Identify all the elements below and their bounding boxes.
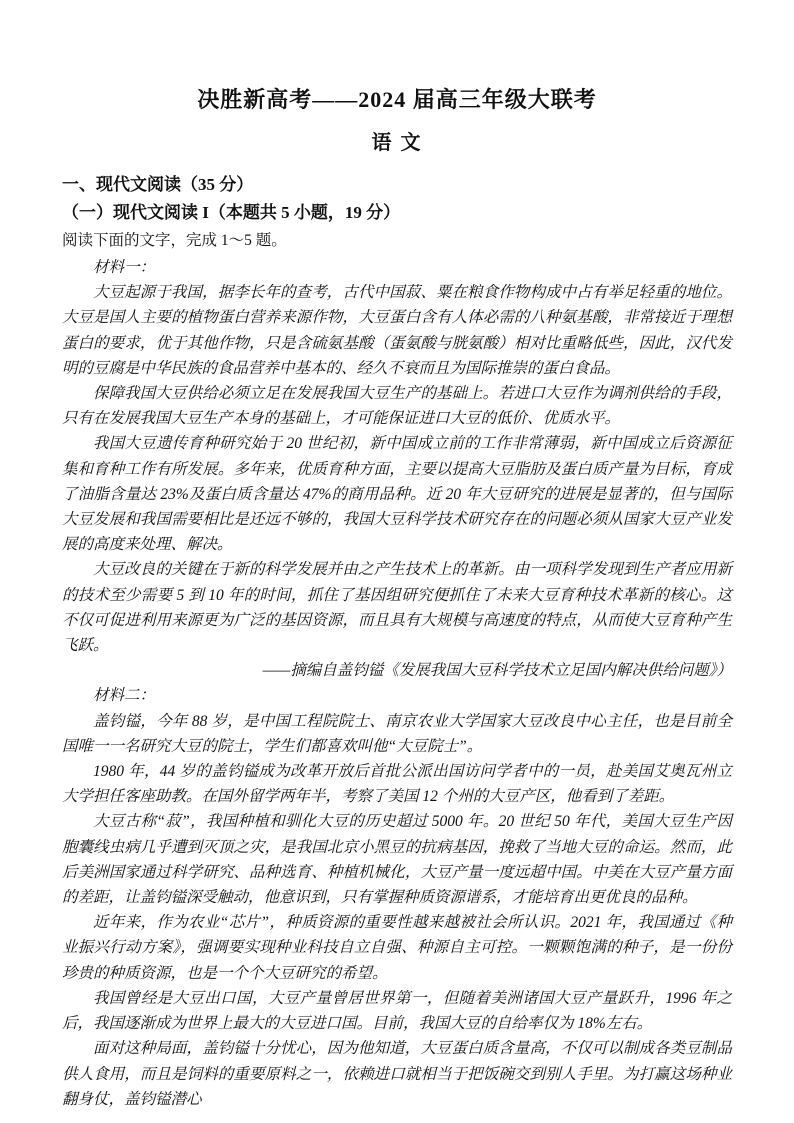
material-1-paragraph: 我国大豆遗传育种研究始于 20 世纪初，新中国成立前的工作非常薄弱，新中国成立后… (62, 431, 732, 557)
material-1-paragraph: 保障我国大豆供给必须立足在发展我国大豆生产的基础上。若进口大豆作为调剂供给的手段… (62, 381, 732, 431)
subsection-heading-reading-1: （一）现代文阅读 I（本题共 5 小题，19 分） (62, 200, 732, 225)
material-2-paragraph: 1980 年，44 岁的盖钧镒成为改革开放后首批公派出国访问学者中的一员，赴美国… (62, 759, 732, 809)
material-1-label: 材料一： (62, 255, 732, 280)
material-1-attribution: ——摘编自盖钧镒《发展我国大豆科学技术立足国内解决供给问题》） (62, 658, 732, 683)
material-2-paragraph: 盖钧镒，今年 88 岁，是中国工程院院士、南京农业大学国家大豆改良中心主任，也是… (62, 709, 732, 759)
material-2-paragraph: 近年来，作为农业“芯片”，种质资源的重要性越来越被社会所认识。2021 年，我国… (62, 910, 732, 986)
material-2-paragraph: 我国曾经是大豆出口国，大豆产量曾居世界第一，但随着美洲诸国大豆产量跃升，1996… (62, 986, 732, 1036)
material-2-paragraph: 大豆古称“菽”，我国种植和驯化大豆的历史超过 5000 年。20 世纪 50 年… (62, 809, 732, 910)
material-1-paragraph: 大豆改良的关键在于新的科学发展并由之产生技术上的革新。由一项科学发现到生产者应用… (62, 557, 732, 658)
section-heading-modern-reading: 一、现代文阅读（35 分） (62, 172, 732, 197)
material-1-paragraph: 大豆起源于我国，据李长年的查考，古代中国菽、粟在粮食作物构成中占有举足轻重的地位… (62, 280, 732, 381)
material-1: 材料一： 大豆起源于我国，据李长年的查考，古代中国菽、粟在粮食作物构成中占有举足… (62, 255, 732, 683)
material-2: 材料二： 盖钧镒，今年 88 岁，是中国工程院院士、南京农业大学国家大豆改良中心… (62, 683, 732, 1111)
material-2-label: 材料二： (62, 683, 732, 708)
subject-title: 语 文 (62, 131, 732, 156)
exam-paper-page: 决胜新高考——2024 届高三年级大联考 语 文 一、现代文阅读（35 分） （… (0, 0, 794, 1123)
reading-instruction: 阅读下面的文字，完成 1～5 题。 (62, 228, 732, 253)
page-title: 决胜新高考——2024 届高三年级大联考 (62, 86, 732, 113)
material-2-paragraph: 面对这种局面，盖钧镒十分忧心，因为他知道，大豆蛋白质含量高，不仅可以制成各类豆制… (62, 1036, 732, 1112)
